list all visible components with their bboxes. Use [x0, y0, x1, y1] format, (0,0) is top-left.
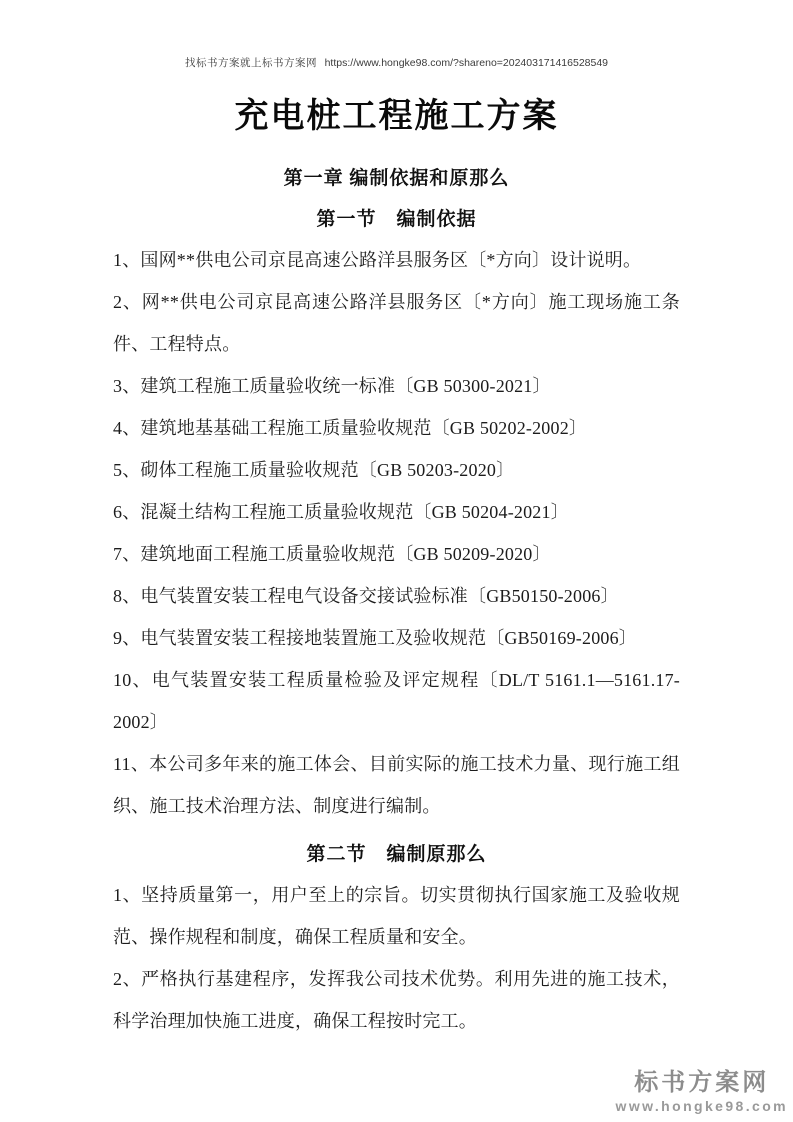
- chapter-1-heading: 第一章 编制依据和原那么: [113, 166, 680, 192]
- section1-item-1: 1、国网**供电公司京昆高速公路洋县服务区〔*方向〕设计说明。: [113, 239, 680, 281]
- section-2-heading: 第二节 编制原那么: [113, 842, 680, 868]
- section1-item-11: 11、本公司多年来的施工体会、目前实际的施工技术力量、现行施工组织、施工技术治理…: [113, 743, 680, 827]
- document-title: 充电桩工程施工方案: [113, 94, 680, 140]
- document-page: 找标书方案就上标书方案网 https://www.hongke98.com/?s…: [0, 0, 793, 1122]
- section1-item-9: 9、电气装置安装工程接地装置施工及验收规范〔GB50169-2006〕: [113, 617, 680, 659]
- watermark-site-url: www.hongke98.com: [616, 1098, 788, 1114]
- section2-item-1: 1、坚持质量第一，用户至上的宗旨。切实贯彻执行国家施工及验收规范、操作规程和制度…: [113, 874, 680, 958]
- header-share-url: https://www.hongke98.com/?shareno=202403…: [325, 57, 608, 69]
- site-watermark: 标书方案网 www.hongke98.com: [616, 1070, 788, 1114]
- section1-item-8: 8、电气装置安装工程电气设备交接试验标准〔GB50150-2006〕: [113, 575, 680, 617]
- section2-item-2: 2、严格执行基建程序，发挥我公司技术优势。利用先进的施工技术，科学治理加快施工进…: [113, 958, 680, 1042]
- document-body: 充电桩工程施工方案 第一章 编制依据和原那么 第一节 编制依据 1、国网**供电…: [113, 94, 680, 1042]
- header-promo-text: 找标书方案就上标书方案网: [185, 58, 317, 69]
- watermark-site-name: 标书方案网: [616, 1070, 788, 1095]
- section1-item-7: 7、建筑地面工程施工质量验收规范〔GB 50209-2020〕: [113, 533, 680, 575]
- section1-item-2: 2、网**供电公司京昆高速公路洋县服务区〔*方向〕施工现场施工条件、工程特点。: [113, 281, 680, 365]
- section1-item-5: 5、砌体工程施工质量验收规范〔GB 50203-2020〕: [113, 449, 680, 491]
- section1-item-4: 4、建筑地基基础工程施工质量验收规范〔GB 50202-2002〕: [113, 407, 680, 449]
- section-1-heading: 第一节 编制依据: [113, 207, 680, 233]
- section1-item-3: 3、建筑工程施工质量验收统一标准〔GB 50300-2021〕: [113, 365, 680, 407]
- section1-item-6: 6、混凝土结构工程施工质量验收规范〔GB 50204-2021〕: [113, 491, 680, 533]
- section1-item-10: 10、电气装置安装工程质量检验及评定规程〔DL/T 5161.1—5161.17…: [113, 659, 680, 743]
- document-header: 找标书方案就上标书方案网 https://www.hongke98.com/?s…: [0, 55, 793, 70]
